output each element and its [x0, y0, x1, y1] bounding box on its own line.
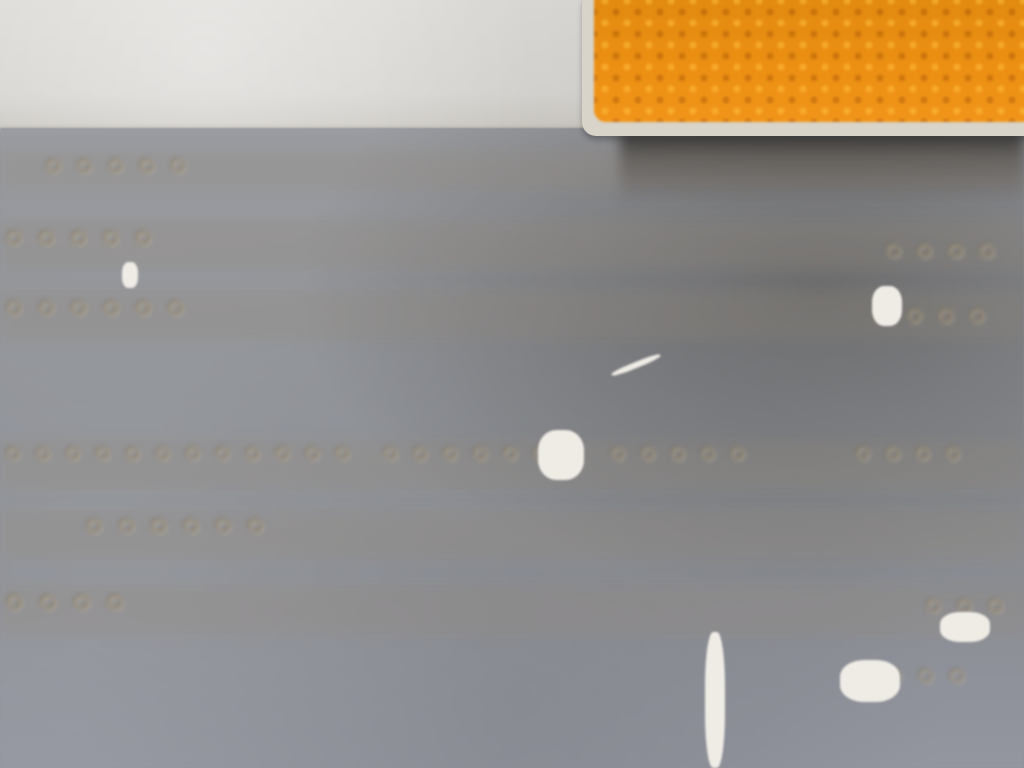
paint-fleck: [840, 660, 900, 702]
embossed-lettering: ◦◦◦◦: [880, 225, 1005, 279]
embossed-lettering: ◦◦◦◦: [0, 575, 134, 633]
photo-scene: Blurry close-up photograph of a weathere…: [0, 0, 1024, 768]
embossed-lettering: ◦◦◦◦◦◦: [80, 500, 274, 556]
paint-fleck: [872, 286, 902, 326]
embossed-lettering: ◦◦◦◦: [850, 430, 970, 481]
orange-reflector: [594, 0, 1024, 122]
embossed-lettering: ◦◦◦◦◦◦◦◦◦◦◦◦ ◦◦◦◦◦◦◦ ◦◦◦◦◦: [0, 430, 755, 481]
embossed-lettering: ◦◦◦◦◦: [0, 212, 162, 268]
paint-fleck: [538, 430, 584, 480]
embossed-lettering: ◦◦◦◦◦◦: [0, 282, 194, 338]
embossed-lettering: ◦◦◦◦◦: [40, 140, 196, 194]
paint-fleck: [705, 632, 725, 768]
paint-fleck: [122, 262, 138, 288]
paint-fleck: [940, 612, 990, 642]
emboss-band: [0, 585, 1024, 635]
